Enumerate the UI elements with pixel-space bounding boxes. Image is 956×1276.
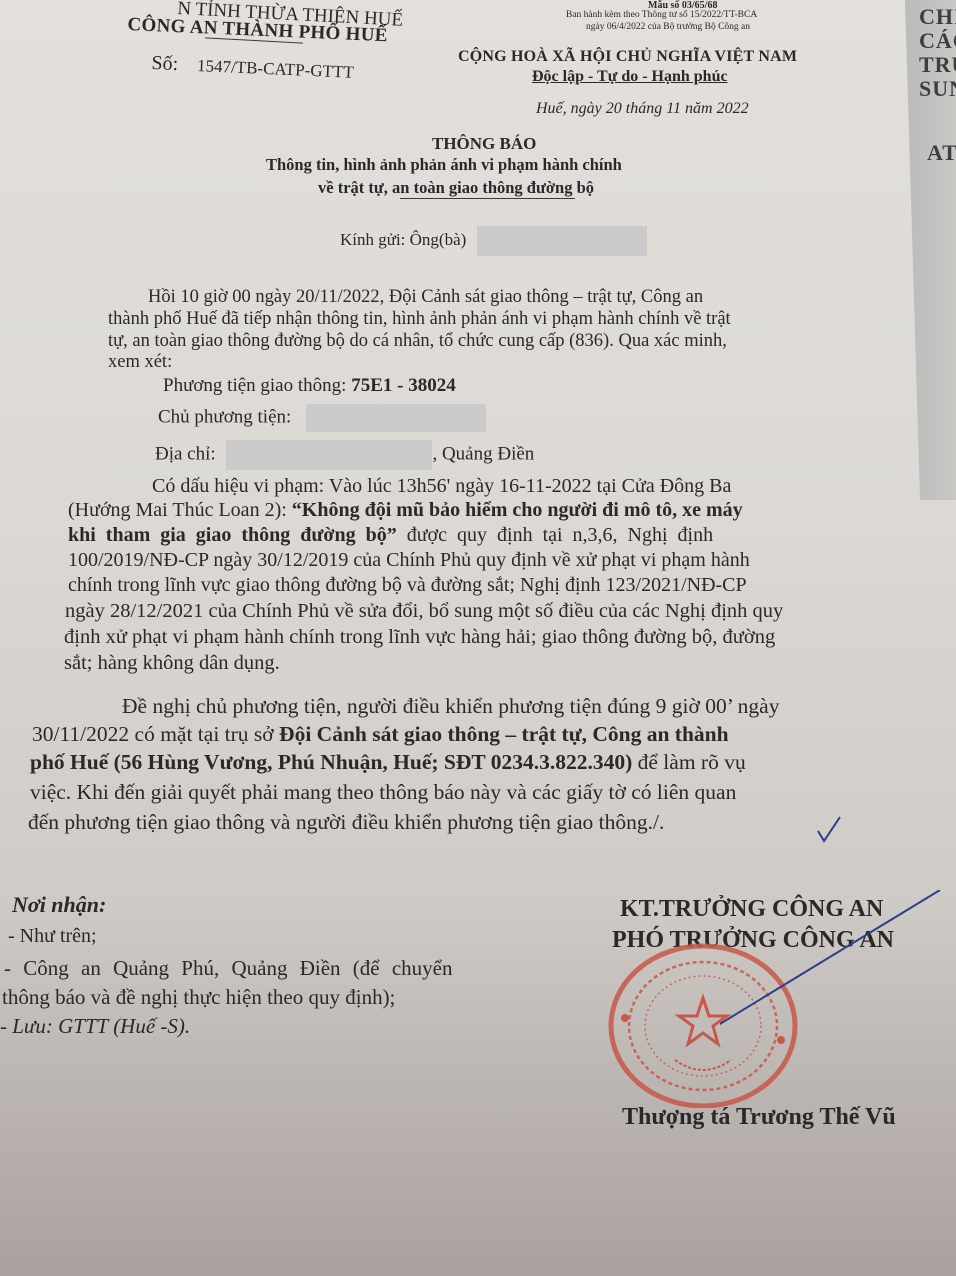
intro-line: thành phố Huế đã tiếp nhận thông tin, hì… bbox=[108, 309, 731, 330]
address-line: Địa chỉ: , Quảng Điền bbox=[155, 440, 534, 470]
issued-with: Ban hành kèm theo Thông tư số 15/2022/TT… bbox=[566, 10, 757, 20]
request-office: Đội Cảnh sát giao thông – trật tự, Công … bbox=[279, 722, 729, 746]
recipients-item: thông báo và đề nghị thực hiện theo quy … bbox=[2, 985, 395, 1010]
violation-line: ngày 28/12/2021 của Chính Phủ về sửa đổi… bbox=[65, 600, 783, 623]
violation-offense: “Không đội mũ bảo hiểm cho người đi mô t… bbox=[292, 499, 743, 521]
request-purpose: để làm rõ vụ bbox=[632, 750, 745, 774]
violation-line: (Hướng Mai Thúc Loan 2): “Không đội mũ b… bbox=[68, 499, 743, 522]
background-fragment: AT bbox=[927, 140, 956, 166]
owner-line: Chủ phương tiện: bbox=[158, 404, 486, 432]
owner-label: Chủ phương tiện: bbox=[158, 406, 291, 427]
doc-number-label: Số: bbox=[151, 52, 179, 75]
background-fragment: SUN bbox=[919, 76, 956, 102]
violation-line: sắt; hàng không dân dụng. bbox=[64, 652, 280, 675]
country-name: CỘNG HOÀ XÃ HỘI CHỦ NGHĨA VIỆT NAM bbox=[458, 48, 797, 66]
violation-line: chính trong lĩnh vực giao thông đường bộ… bbox=[68, 574, 747, 597]
violation-location: (Hướng Mai Thúc Loan 2): bbox=[68, 499, 292, 521]
background-fragment: CÁC bbox=[919, 28, 956, 54]
vehicle-line: Phương tiện giao thông: 75E1 - 38024 bbox=[163, 375, 456, 397]
request-line: việc. Khi đến giải quyết phải mang theo … bbox=[30, 780, 736, 805]
background-fragment: CHI bbox=[919, 4, 956, 30]
intro-line: tự, an toàn giao thông đường bộ do cá nh… bbox=[108, 331, 727, 352]
recipients-item: - Như trên; bbox=[8, 925, 97, 948]
recipients-item: - Công an Quảng Phú, Quảng Điền (để chuy… bbox=[4, 956, 453, 981]
violation-line: 100/2019/NĐ-CP ngày 30/12/2019 của Chính… bbox=[68, 549, 750, 572]
request-date: 30/11/2022 có mặt tại trụ sở bbox=[32, 722, 279, 746]
request-line: đến phương tiện giao thông và người điều… bbox=[28, 810, 664, 835]
violation-line: Có dấu hiệu vi phạm: Vào lúc 13h56' ngày… bbox=[152, 475, 731, 498]
recipient-label: Kính gửi: Ông(bà) bbox=[340, 230, 466, 249]
national-motto: Độc lập - Tự do - Hạnh phúc bbox=[532, 68, 728, 86]
signer-name: Thượng tá Trương Thế Vũ bbox=[622, 1104, 896, 1131]
request-address: phố Huế (56 Hùng Vương, Phú Nhuận, Huế; … bbox=[30, 750, 632, 774]
handwritten-signature bbox=[720, 890, 956, 1070]
request-line: 30/11/2022 có mặt tại trụ sở Đội Cảnh sá… bbox=[32, 722, 729, 747]
recipients-heading: Nơi nhận: bbox=[12, 892, 106, 918]
recipients-item: - Lưu: GTTT (Huế -S). bbox=[0, 1014, 190, 1039]
violation-reference: được quy định tại n,3,6, Nghị định bbox=[397, 524, 713, 546]
recipient-line: Kính gửi: Ông(bà) bbox=[340, 226, 647, 256]
recipient-redacted bbox=[477, 226, 647, 256]
background-sheet: CHI CÁC TRỤ SUN AT bbox=[905, 0, 956, 500]
address-label: Địa chỉ: bbox=[155, 443, 216, 464]
address-suffix: , Quảng Điền bbox=[432, 443, 534, 464]
request-line: Đề nghị chủ phương tiện, người điều khiể… bbox=[122, 694, 779, 719]
checkmark-icon bbox=[810, 815, 850, 845]
background-fragment: TRỤ bbox=[919, 52, 956, 78]
doc-number: Số: 1547/TB-CATP-GTTT bbox=[151, 52, 354, 84]
document-subtitle-1: Thông tin, hình ảnh phản ánh vi phạm hàn… bbox=[266, 155, 622, 175]
document-title: THÔNG BÁO bbox=[432, 134, 536, 154]
issued-date: ngày 06/4/2022 của Bộ trưởng Bộ Công an bbox=[586, 22, 750, 32]
violation-line: định xử phạt vi phạm hành chính trong lĩ… bbox=[64, 626, 775, 649]
place-date: Huế, ngày 20 tháng 11 năm 2022 bbox=[536, 100, 749, 118]
document-subtitle-2: về trật tự, an toàn giao thông đường bộ bbox=[318, 178, 594, 198]
intro-line: Hồi 10 giờ 00 ngày 20/11/2022, Đội Cảnh … bbox=[148, 287, 703, 308]
violation-line: khi tham gia giao thông đường bộ” được q… bbox=[68, 524, 713, 547]
doc-number-value: 1547/TB-CATP-GTTT bbox=[197, 56, 354, 82]
intro-line: xem xét: bbox=[108, 352, 172, 373]
request-line: phố Huế (56 Hùng Vương, Phú Nhuận, Huế; … bbox=[30, 750, 746, 775]
subtitle-underline bbox=[400, 198, 575, 199]
owner-redacted bbox=[306, 404, 486, 432]
violation-offense-cont: khi tham gia giao thông đường bộ” bbox=[68, 524, 397, 546]
address-redacted bbox=[226, 440, 432, 470]
vehicle-label: Phương tiện giao thông: bbox=[163, 375, 346, 396]
vehicle-plate: 75E1 - 38024 bbox=[351, 375, 456, 396]
